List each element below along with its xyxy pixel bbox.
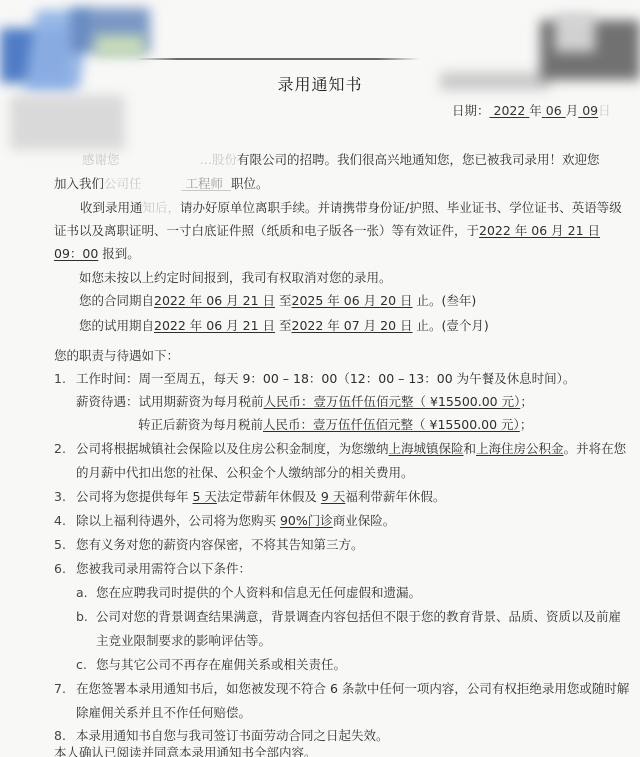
intro-line-1: 感谢您…股份有限公司的招聘。我们很高兴地通知您，您已被我司录用！欢迎您: [82, 150, 600, 168]
onboarding-line-3: 09：00 报到。: [54, 244, 140, 262]
salary-regular: 转正后薪资为每月税前人民币：壹万伍仟伍佰元整（ ¥15500.00 元）；: [138, 415, 532, 433]
date-month: 06: [542, 103, 566, 118]
list-item: 5.您有义务对您的薪资内容保密，不将其告知第三方。: [54, 535, 364, 553]
document-title: 录用通知书: [0, 72, 640, 95]
report-date: 2022 年 06 月 21 日: [479, 223, 600, 238]
date-year: 2022: [490, 103, 530, 118]
condition-item-continuation: 主竞业限制要求的影响评估等。: [96, 631, 271, 649]
list-item: 3.公司将为您提供每年 5 天法定带薪年休假及 9 天福利带薪年休假。: [54, 487, 445, 505]
condition-item: b.公司对您的背景调查结果满意，背景调查内容包括但不限于您的教育背景、品质、资质…: [76, 607, 621, 625]
cancel-notice: 如您未按以上约定时间报到，我司有权取消对您的录用。: [79, 268, 392, 286]
confirmation-statement: 本人确认已阅读并同意本录用通知书全部内容。: [54, 748, 317, 757]
intro-line-2: 加入我们公司任 工程师 职位。: [54, 174, 269, 192]
date-day: 09: [578, 103, 598, 118]
list-item: 1.工作时间：周一至周五，每天 9：00 – 18：00（12：00 – 13：…: [54, 369, 575, 387]
report-time: 09：00: [54, 246, 98, 261]
brush-stroke-decoration: [10, 95, 125, 150]
job-position: 工程师: [182, 176, 231, 191]
salary-probation: 薪资待遇：试用期薪资为每月税前人民币：壹万伍仟伍佰元整（ ¥15500.00 元…: [76, 392, 533, 410]
brush-stroke-decoration: [95, 35, 145, 57]
brush-stroke-decoration: [555, 12, 595, 52]
duties-heading: 您的职责与待遇如下：: [54, 346, 179, 364]
list-item-continuation: 除雇佣关系并且不作任何赔偿。: [76, 703, 251, 721]
contract-period: 您的合同期自2022 年 06 月 21 日 至2025 年 06 月 20 日…: [79, 291, 476, 309]
list-item: 7.在您签署本录用通知书后，如您被发现不符合 6 条款中任何一项内容，公司有权拒…: [54, 679, 629, 697]
list-item: 8.本录用通知书自您与我司签订书面劳动合同之日起失效。: [54, 726, 389, 744]
list-item-continuation: 的月薪中代扣出您的社保、公积金个人缴纳部分的相关费用。: [76, 463, 414, 481]
offer-letter-page: 录用通知书 日期： 2022 年 06 月 09日 感谢您…股份有限公司的招聘。…: [0, 0, 640, 757]
list-item: 2.公司将根据城镇社会保险以及住房公积金制度，为您缴纳上海城镇保险和上海住房公积…: [54, 439, 626, 457]
onboarding-line-2: 证书以及离职证明、一寸白底证件照（纸质和电子版各一张）等有效证件，于2022 年…: [54, 221, 600, 239]
list-item: 4.除以上福利待遇外，公司将为您购买 90%门诊商业保险。: [54, 511, 395, 529]
condition-item: c.您与其它公司不再存在雇佣关系或相关责任。: [76, 655, 346, 673]
header-divider: [135, 58, 420, 60]
probation-period: 您的试用期自2022 年 06 月 21 日 至2022 年 07 月 20 日…: [79, 316, 489, 334]
onboarding-line-1: 收到录用通知后，请办好原单位离职手续。并请携带身份证/护照、毕业证书、学位证书、…: [80, 198, 622, 216]
condition-item: a.您在应聘我司时提供的个人资料和信息无任何虚假和遗漏。: [76, 583, 421, 601]
list-item: 6.您被我司录用需符合以下条件：: [54, 559, 251, 577]
document-date: 日期： 2022 年 06 月 09日: [452, 101, 611, 119]
